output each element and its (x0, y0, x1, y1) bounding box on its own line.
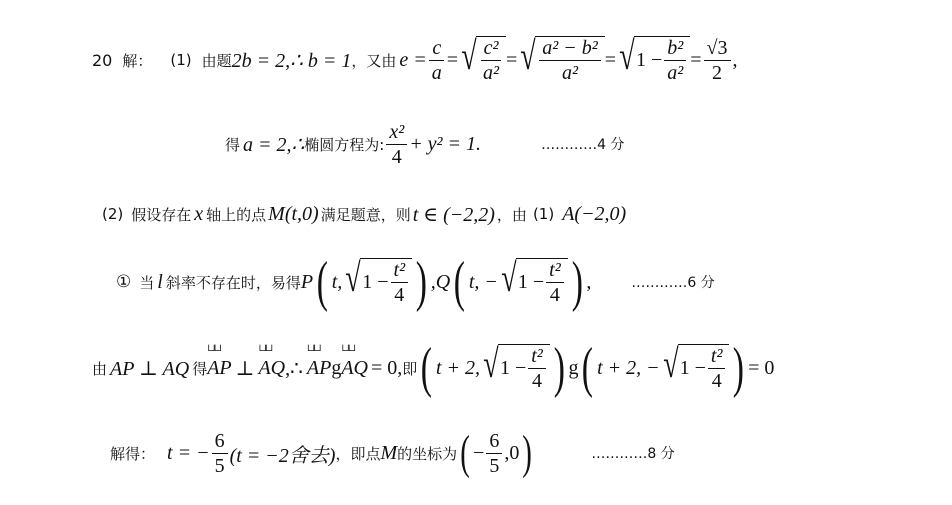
circled-one-marker: ① (116, 272, 131, 292)
intro-text: 由题 (202, 50, 232, 71)
q-x: t, − (469, 271, 498, 294)
text: 当 (139, 272, 154, 293)
point-p-label: P (301, 271, 313, 294)
numerator: t² (528, 345, 546, 369)
score-4: …………4 分 (541, 134, 624, 154)
v2-x: t + 2, − (597, 357, 660, 380)
numerator: a² − b² (539, 37, 601, 61)
numerator: c² (481, 37, 502, 61)
result-fraction: √3 2 (704, 37, 731, 84)
vector-ap: AP (307, 357, 331, 380)
denominator: 4 (709, 369, 725, 392)
equals-zero-result: = 0 (748, 357, 774, 380)
p-x: t, (332, 271, 343, 294)
trailing-comma: , (586, 271, 591, 294)
equation-a: a = 2,∴ (243, 132, 304, 157)
denominator: 5 (486, 454, 502, 477)
v1-sqrt: √1 −t²4 (480, 344, 550, 392)
p-sqrt: √1 −t²4 (342, 258, 412, 306)
text: 斜率不存在时，易得 (166, 272, 301, 293)
denominator: a (429, 61, 445, 84)
vector-aq: AQ (341, 357, 368, 380)
dot-product-glyph: g (568, 357, 578, 380)
intro-text: 得 (225, 134, 240, 155)
eccentricity-label: e = (399, 49, 426, 72)
ref-part1: (1) (533, 205, 554, 223)
perpendicular-line: 由 AP ⊥ AQ 得 AP ⊥ AQ ,∴ AP g AQ = 0, 即 ( … (92, 330, 774, 406)
denominator: a² (664, 61, 686, 84)
part1-line1: 20 解： (1) 由题 2b = 2,∴ b = 1 ， 又由 e = c a… (92, 30, 738, 90)
denominator: 4 (391, 283, 407, 306)
text: ，由 (497, 204, 527, 225)
text: 满足题意，则 (321, 204, 411, 225)
q-sqrt: √1 −t²4 (498, 258, 568, 306)
lead-term: 1 − (636, 49, 662, 72)
text: 假设存在 (131, 204, 191, 225)
point-a: A(−2,0) (562, 203, 626, 226)
text: 轴上的点 (206, 204, 266, 225)
numerator: c (429, 37, 444, 61)
vector-ap: AP (207, 357, 231, 380)
solve-label: 解： (122, 50, 152, 71)
denominator: 2 (709, 61, 725, 84)
minus-sign: − (473, 442, 484, 465)
therefore-symbol: ,∴ (285, 356, 303, 381)
part1-label: (1) (170, 51, 191, 69)
lead-term: 1 − (680, 357, 706, 380)
lead-term: 1 − (518, 271, 544, 294)
numerator: x² (386, 121, 407, 145)
case1-line: ① 当 l 斜率不存在时，易得 P ( t, √1 −t²4 ) ,Q ( t,… (116, 246, 715, 318)
problem-number: 20 (92, 51, 112, 70)
point-m: M(t,0) (268, 203, 319, 226)
interval-t: t ∈ (−2,2) (413, 202, 495, 227)
equation-rest: + y² = 1. (409, 133, 481, 156)
ap-perp-aq: AP ⊥ AQ (110, 356, 189, 381)
denominator: 5 (212, 454, 228, 477)
score-8: …………8 分 (591, 443, 674, 463)
part2-label: (2) (102, 205, 123, 223)
v2-sqrt: √1 −t²4 (660, 344, 730, 392)
numerator: b² (664, 37, 686, 61)
denominator: 4 (529, 369, 545, 392)
t-equals: t = − (167, 442, 210, 465)
numerator: √3 (704, 37, 731, 61)
point-q-label: ,Q (431, 271, 450, 294)
denominator: a² (559, 61, 581, 84)
var-x: x (194, 203, 203, 226)
solution-line: 解得： t = − 6 5 (t = −2舍去) ，即点 M 的坐标为 ( − … (110, 424, 675, 482)
sqrt-c2-over-a2: √ c²a² (458, 36, 506, 84)
part1-line2: 得 a = 2,∴ 椭圆方程为: x² 4 + y² = 1. …………4 分 (225, 118, 624, 170)
v1-x: t + 2, (436, 357, 480, 380)
text: 由 (92, 358, 107, 379)
denominator: a² (480, 61, 502, 84)
var-l: l (157, 271, 163, 294)
ellipse-equation-label: 椭圆方程为: (304, 134, 384, 155)
lead-term: 1 − (500, 357, 526, 380)
text: 得 (192, 358, 207, 379)
equation-b: 2b = 2,∴ b = 1 (232, 48, 352, 73)
fraction-6-over-5: 6 5 (212, 430, 228, 477)
dot-product-glyph: g (331, 357, 341, 380)
text: ，即点 (335, 443, 380, 464)
numerator: 6 (486, 430, 502, 454)
point-m-label: M (380, 442, 397, 465)
denominator: 4 (547, 283, 563, 306)
numerator: t² (546, 259, 564, 283)
intro-text-2: 又由 (366, 50, 396, 71)
part2-line1: (2) 假设存在 x 轴上的点 M(t,0) 满足题意，则 t ∈ (−2,2)… (102, 196, 626, 232)
lead-term: 1 − (362, 271, 388, 294)
numerator: t² (708, 345, 726, 369)
text: 即 (402, 358, 417, 379)
solve-label: 解得： (110, 443, 155, 464)
text: 的坐标为 (397, 443, 457, 464)
trailing-comma: , (733, 49, 738, 72)
fraction-c-over-a: c a (429, 37, 445, 84)
sqrt-a2-minus-b2: √ a² − b²a² (517, 36, 604, 84)
coord-tail: ,0 (504, 442, 519, 465)
numerator: t² (391, 259, 409, 283)
vector-aq: AQ (258, 357, 285, 380)
numerator: 6 (212, 430, 228, 454)
coord-fraction: 6 5 (486, 430, 502, 477)
sqrt-1-minus-b2-a2: √ 1 −b²a² (616, 36, 690, 84)
denominator: 4 (389, 145, 405, 168)
perp-symbol: ⊥ (236, 356, 255, 381)
fraction-x2-over-4: x² 4 (386, 121, 407, 168)
separator: ， (351, 50, 366, 71)
equals-zero: = 0, (371, 357, 402, 380)
score-6: …………6 分 (631, 272, 714, 292)
discard-note: (t = −2舍去) (230, 439, 336, 468)
